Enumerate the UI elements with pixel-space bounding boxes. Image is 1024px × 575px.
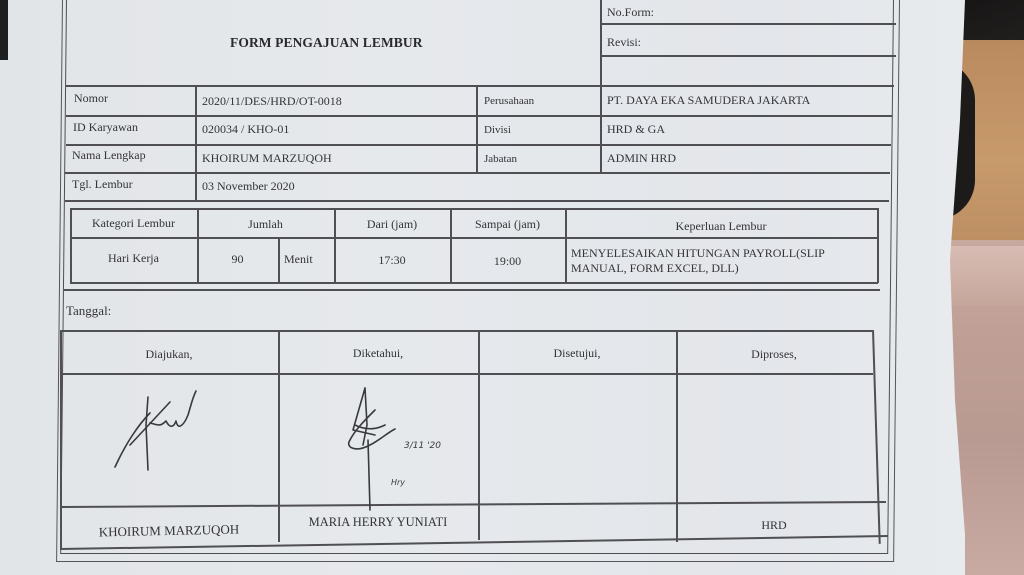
paper-edge-shadow [0, 0, 8, 60]
id-karyawan-label: ID Karyawan [73, 120, 138, 135]
divisi-label: Divisi [484, 124, 511, 136]
sampai-value: 19:00 [450, 254, 565, 269]
overtime-table-top [70, 208, 878, 210]
header-rule [600, 55, 896, 57]
keperluan-line-1: MENYELESAIKAN HITUNGAN PAYROLL(SLIP [571, 246, 825, 261]
info-rule [66, 85, 894, 87]
header-keperluan-lembur: Keperluan Lembur [565, 219, 877, 234]
info-rule [66, 144, 891, 146]
jabatan-label: Jabatan [484, 153, 517, 165]
keperluan-line-2: MANUAL, FORM EXCEL, DLL) [571, 261, 739, 276]
info-rule [65, 200, 889, 202]
jumlah-unit: Menit [284, 252, 313, 267]
header-sampai-jam: Sampai (jam) [450, 217, 565, 232]
header-diketahui: Diketahui, [278, 346, 478, 361]
header-jumlah: Jumlah [197, 217, 334, 232]
nomor-label: Nomor [74, 91, 108, 106]
approval-col-divider [478, 330, 480, 540]
info-col-divider [476, 85, 478, 173]
tgl-lembur-label: Tgl. Lembur [72, 177, 133, 192]
revisi-label: Revisi: [607, 35, 641, 50]
jabatan-value: ADMIN HRD [607, 151, 676, 166]
header-divider [600, 0, 602, 86]
approval-col-divider [278, 330, 280, 542]
kategori-value: Hari Kerja [70, 251, 197, 266]
name-diproses: HRD [676, 518, 872, 533]
perusahaan-label: Perusahaan [484, 95, 534, 107]
name-diketahui: MARIA HERRY YUNIATI [278, 515, 478, 530]
info-col-divider [195, 85, 197, 200]
form-title: FORM PENGAJUAN LEMBUR [230, 35, 423, 51]
signature-diajukan [110, 385, 210, 480]
paper-form: FORM PENGAJUAN LEMBUR No.Form: Revisi: N… [0, 0, 965, 575]
perusahaan-value: PT. DAYA EKA SAMUDERA JAKARTA [607, 93, 810, 108]
header-kategori-lembur: Kategori Lembur [70, 216, 197, 231]
info-col-divider [600, 85, 602, 173]
info-rule [66, 115, 892, 117]
header-diajukan: Diajukan, [60, 347, 278, 362]
jumlah-value: 90 [197, 252, 278, 267]
signature-diketahui [325, 385, 415, 510]
section-rule [64, 289, 880, 291]
approval-col-divider [60, 330, 62, 548]
nama-lengkap-label: Nama Lengkap [72, 148, 146, 163]
signature-date-note: 3/11 '20 [404, 441, 441, 451]
nama-lengkap-value: KHOIRUM MARZUQOH [202, 151, 332, 166]
approval-table-top [60, 330, 872, 332]
tanggal-label: Tanggal: [66, 303, 111, 319]
header-diproses: Diproses, [676, 347, 872, 362]
no-form-label: No.Form: [607, 5, 654, 20]
divisi-value: HRD & GA [607, 122, 665, 137]
overtime-col-divider [278, 237, 280, 283]
nomor-value: 2020/11/DES/HRD/OT-0018 [202, 94, 342, 109]
header-dari-jam: Dari (jam) [334, 217, 450, 232]
tgl-lembur-value: 03 November 2020 [202, 179, 295, 194]
signature-initial-note: Hry [391, 478, 405, 487]
overtime-col-divider [877, 208, 879, 283]
overtime-table-rule [70, 237, 878, 239]
approval-table-rule [60, 373, 873, 375]
id-karyawan-value: 020034 / KHO-01 [202, 122, 289, 137]
header-rule [600, 23, 896, 25]
dari-value: 17:30 [334, 253, 450, 268]
overtime-table-bottom [70, 282, 878, 284]
header-disetujui: Disetujui, [478, 346, 676, 361]
